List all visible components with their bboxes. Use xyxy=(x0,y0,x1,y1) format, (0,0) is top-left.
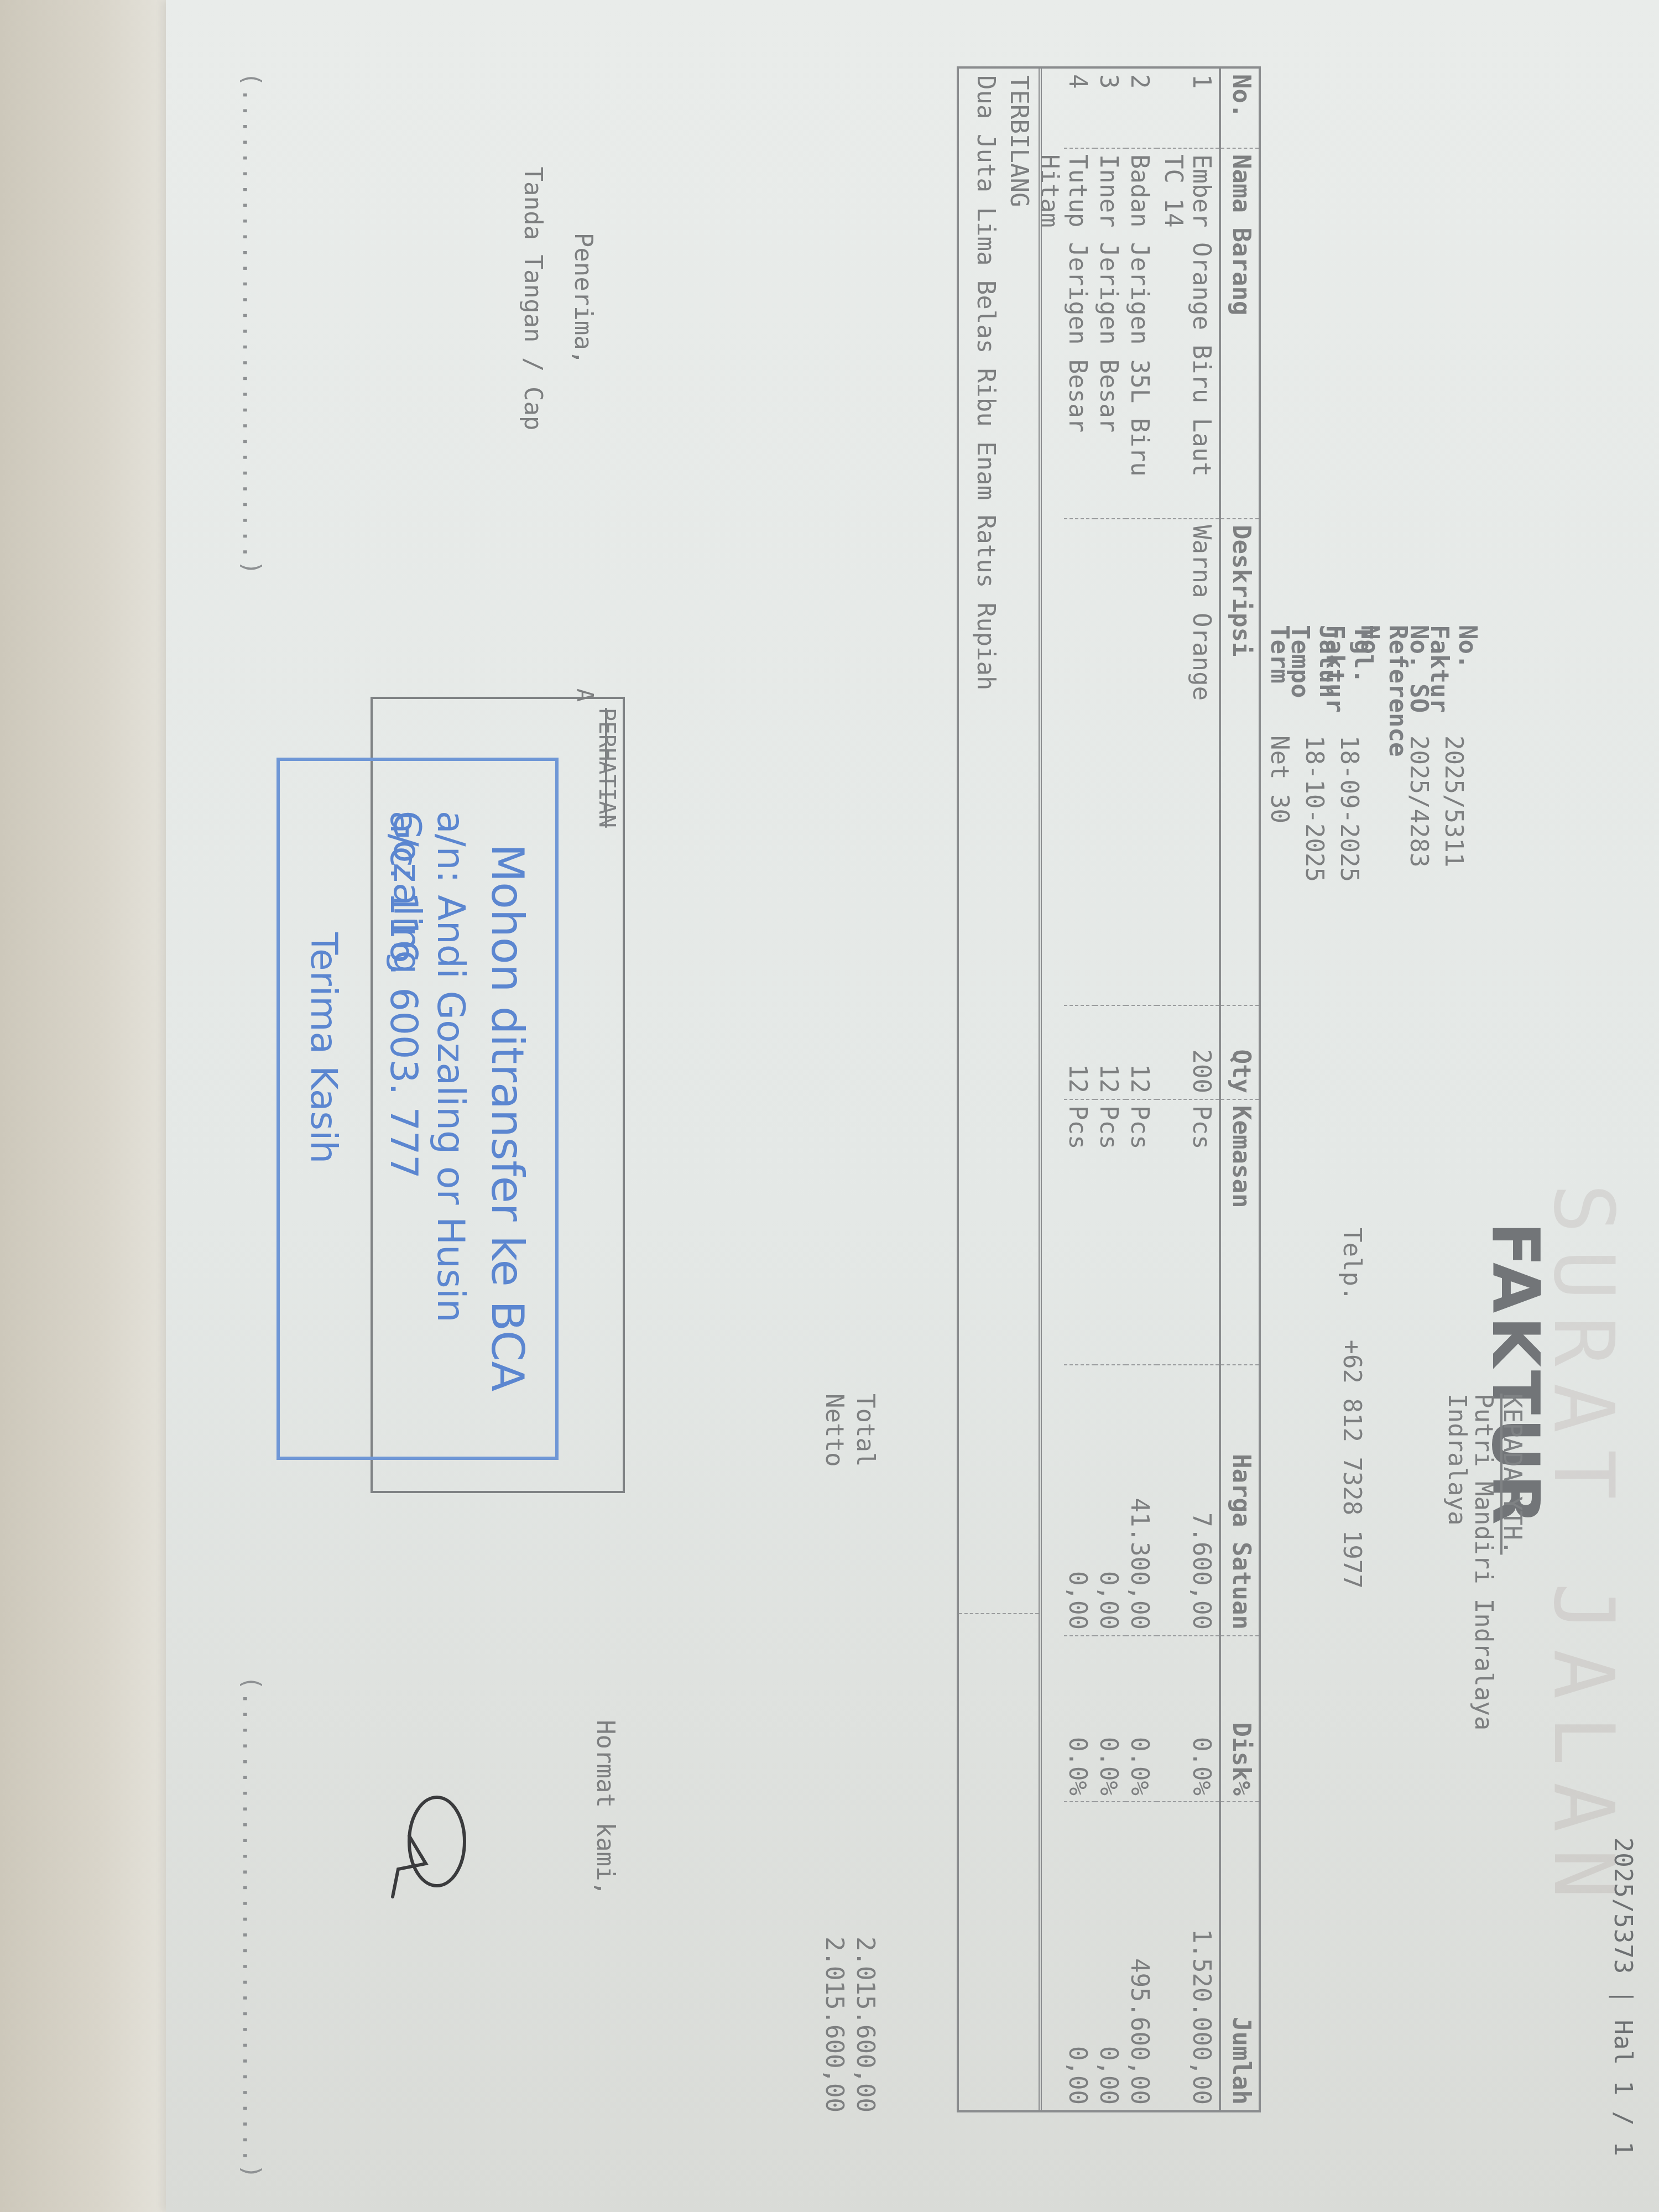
terbilang-empty-cell xyxy=(959,1614,1039,2110)
cell-unit-price: 0,00 xyxy=(1064,1365,1095,1636)
cell-description xyxy=(1064,519,1095,1006)
invoice-document: 2025/5373 | Hal 1 / 1 SURAT JALAN FAKTUR… xyxy=(188,22,1637,2179)
receiver-signature-line: (..............................) xyxy=(237,72,265,576)
meta-row: No. Faktur 2025/5311 xyxy=(1436,625,1471,935)
cell-discount: 0.0% xyxy=(1126,1636,1157,1802)
cell-name: Tutup Jerigen Besar Hitam xyxy=(1064,149,1095,519)
table-row: 4 Tutup Jerigen Besar Hitam 12 Pcs 0,00 … xyxy=(1064,69,1095,2110)
cell-amount: 1.520.000,00 xyxy=(1157,1802,1219,2110)
terbilang-label: TERBILANG xyxy=(1005,75,1033,207)
table-row: 1 Ember Orange Biru Laut TC 14 Warna Ora… xyxy=(1157,69,1219,2110)
cell-description xyxy=(1126,519,1157,1006)
header-description: Deskripsi xyxy=(1221,519,1259,1006)
meta-value: 18-10-2025 xyxy=(1300,735,1328,935)
header-name: Nama Barang xyxy=(1221,149,1259,519)
receiver-sublabel: Tanda Tangan / Cap xyxy=(519,160,547,437)
phone-value: +62 812 7328 1977 xyxy=(1338,1339,1366,1588)
cell-packaging: Pcs xyxy=(1157,1100,1219,1365)
cell-discount: 0.0% xyxy=(1064,1636,1095,1802)
payment-stamp: Mohon ditransfer ke BCA a/n: Andi Gozali… xyxy=(276,758,559,1460)
notes-prefix: A xyxy=(572,688,597,702)
cell-amount: 0,00 xyxy=(1064,1802,1095,2110)
cell-packaging: Pcs xyxy=(1064,1100,1095,1365)
cell-qty: 12 xyxy=(1095,1006,1126,1100)
cell-qty: 12 xyxy=(1064,1006,1095,1100)
invoice-meta: No. Faktur 2025/5311 No. SO 2025/4283 Re… xyxy=(1262,625,1471,935)
receiver-signature-block: Penerima, Tanda Tangan / Cap xyxy=(519,160,597,437)
header-packaging: Kemasan xyxy=(1221,1100,1259,1365)
notes-title: PERHATIAN xyxy=(594,708,619,828)
recipient-phone: Telp. +62 812 7328 1977 xyxy=(1338,1228,1366,1589)
header-no: No. xyxy=(1221,69,1259,149)
total-label: Total xyxy=(848,1394,879,1559)
cell-description: Warna Orange xyxy=(1157,519,1219,1006)
cell-qty: 12 xyxy=(1126,1006,1157,1100)
receiver-label: Penerima, xyxy=(569,160,597,437)
netto-label: Netto xyxy=(817,1394,848,1559)
cell-unit-price: 7.600,00 xyxy=(1157,1365,1219,1636)
table-row: 2 Badan Jerigen 35L Biru 12 Pcs 41.300,0… xyxy=(1126,69,1157,2110)
stamp-line-account-number: a/c: 116. 6003. 777 xyxy=(382,811,425,1179)
cell-unit-price: 0,00 xyxy=(1095,1365,1126,1636)
phone-label: Telp. xyxy=(1338,1228,1366,1301)
meta-value: 2025/5311 xyxy=(1439,735,1468,935)
meta-row: Term Net 30 xyxy=(1262,625,1297,935)
summary-netto: Netto 2.015.600,00 xyxy=(817,1394,848,2112)
sender-signature-line: (..............................) xyxy=(237,1676,265,2180)
header-discount: Disk% xyxy=(1221,1636,1259,1802)
table-row: 3 Inner Jerigen Besar 12 Pcs 0,00 0.0% 0… xyxy=(1095,69,1126,2110)
header-amount: Jumlah xyxy=(1221,1802,1259,2110)
cell-name: Inner Jerigen Besar xyxy=(1095,149,1126,519)
meta-value: 2025/4283 xyxy=(1405,735,1433,935)
meta-label: No. Faktur xyxy=(1426,625,1482,735)
recipient-name: Putri Mandiri Indralaya xyxy=(1469,1394,1498,1730)
amount-in-words: TERBILANG Dua Juta Lima Belas Ribu Enam … xyxy=(959,69,1042,2110)
recipient-label: KEPADA YTH. xyxy=(1498,1394,1526,1554)
cell-qty: 200 xyxy=(1157,1006,1219,1100)
summary-total: Total 2.015.600,00 xyxy=(848,1394,879,2112)
cell-discount: 0.0% xyxy=(1157,1636,1219,1802)
cell-packaging: Pcs xyxy=(1126,1100,1157,1365)
cell-no: 2 xyxy=(1126,69,1157,149)
items-table: No. Nama Barang Deskripsi Qty Kemasan Ha… xyxy=(957,66,1261,2112)
cell-discount: 0.0% xyxy=(1095,1636,1126,1802)
invoice-summary: Total 2.015.600,00 Netto 2.015.600,00 xyxy=(817,1394,879,2112)
handwritten-signature-icon xyxy=(387,1781,476,1913)
cell-name: Badan Jerigen 35L Biru xyxy=(1126,149,1157,519)
meta-label: Term xyxy=(1265,625,1293,735)
cell-description xyxy=(1095,519,1126,1006)
stamp-line-transfer: Mohon ditransfer ke BCA xyxy=(482,844,533,1391)
terbilang-words: Dua Juta Lima Belas Ribu Enam Ratus Rupi… xyxy=(972,75,1000,691)
netto-value: 2.015.600,00 xyxy=(817,1559,848,2112)
cell-amount: 0,00 xyxy=(1095,1802,1126,2110)
cell-unit-price: 41.300,00 xyxy=(1126,1365,1157,1636)
meta-row: Jatuh Tempo 18-10-2025 xyxy=(1297,625,1332,935)
header-unit-price: Harga Satuan xyxy=(1221,1365,1259,1636)
header-qty: Qty xyxy=(1221,1006,1259,1100)
sender-label: Hormat kami, xyxy=(591,1720,619,1896)
meta-value: 18-09-2025 xyxy=(1335,735,1363,935)
stamp-line-thanks: Terima Kasih xyxy=(302,932,345,1164)
table-body: 1 Ember Orange Biru Laut TC 14 Warna Ora… xyxy=(1042,69,1219,2110)
table-header: No. Nama Barang Deskripsi Qty Kemasan Ha… xyxy=(1219,69,1259,2110)
recipient-city: Indralaya xyxy=(1443,1394,1471,1525)
cell-no: 4 xyxy=(1064,69,1095,149)
cell-amount: 495.600,00 xyxy=(1126,1802,1157,2110)
meta-value: Net 30 xyxy=(1265,735,1293,935)
meta-label: Jatuh Tempo xyxy=(1286,625,1343,735)
cell-no: 1 xyxy=(1157,69,1219,149)
cell-no: 3 xyxy=(1095,69,1126,149)
terbilang-cell: TERBILANG Dua Juta Lima Belas Ribu Enam … xyxy=(959,69,1039,1614)
cell-packaging: Pcs xyxy=(1095,1100,1126,1365)
cell-name: Ember Orange Biru Laut TC 14 xyxy=(1157,149,1219,519)
total-value: 2.015.600,00 xyxy=(848,1559,879,2112)
